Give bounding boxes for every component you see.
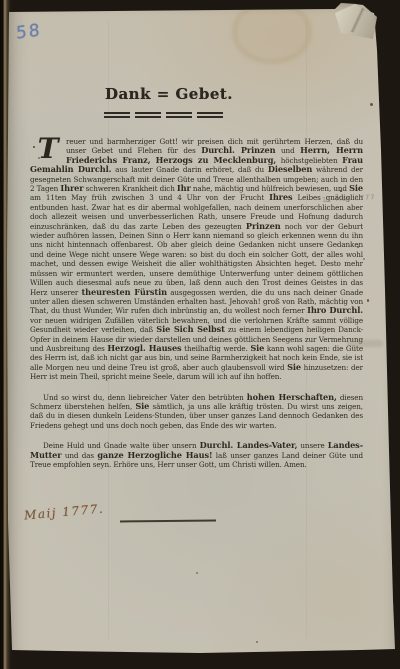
ink-speck: [320, 356, 322, 358]
emphasized-text: Sie: [349, 183, 363, 193]
title-ornamental-rule: [104, 112, 228, 118]
rule-line: [104, 116, 228, 118]
emphasized-text: ganze Herzogliche Haus!: [97, 450, 212, 460]
emphasized-text: Herzogl. Hauses: [107, 343, 181, 353]
page-title: Dank = Gebet.: [100, 85, 238, 103]
ink-speck: [196, 572, 198, 574]
body-paragraph: Treuer und barmherziger Gott! wir preise…: [30, 137, 363, 382]
body-text-segment: am 11ten May früh zwischen 3 und 4 Uhr v…: [30, 193, 269, 202]
rule-line: [104, 112, 228, 114]
body-text-segment: unsere: [297, 441, 327, 450]
ring-stain: [232, 0, 312, 64]
folio-number-annotation: 58: [16, 20, 42, 43]
ink-speck: [367, 299, 369, 302]
body-paragraph: Deine Huld und Gnade walte über unsern D…: [30, 441, 363, 469]
emphasized-text: Sie: [250, 343, 264, 353]
drop-cap-initial: T: [30, 138, 66, 157]
emphasized-text: theuresten Fürstin: [81, 287, 166, 297]
emphasized-text: Ihres: [269, 192, 292, 202]
body-text-segment: theilhaftig werde.: [182, 344, 251, 353]
emphasized-text: Durchl. Landes-Vater,: [200, 440, 298, 450]
emphasized-text: hohen Herschaften,: [247, 392, 337, 402]
ink-speck: [370, 103, 373, 106]
title-block: Dank = Gebet.: [100, 85, 238, 103]
emphasized-text: Prinzen: [246, 221, 281, 231]
ink-speck: [340, 190, 342, 192]
emphasized-text: Dieselben: [268, 164, 312, 174]
emphasized-text: Ihr: [177, 183, 191, 193]
ink-speck: [363, 258, 365, 260]
emphasized-text: Sie Sich Selbst: [156, 324, 225, 334]
body-text-segment: und das: [62, 451, 98, 460]
ink-speck: [38, 157, 40, 159]
ink-speck: [357, 246, 359, 248]
emphasized-text: Ihrer: [60, 183, 83, 193]
ink-speck: [256, 641, 258, 643]
body-paragraph: Und so wirst du, denn liebreicher Vater …: [30, 393, 363, 431]
emphasized-text: Sie: [135, 401, 149, 411]
body-text-segment: noch vor der Geburt wieder aufhören lass…: [30, 222, 363, 297]
pencil-smudge: [347, 340, 383, 347]
body-text-segment: schweren Krankheit dich: [83, 184, 176, 193]
ink-speck: [33, 146, 35, 148]
emphasized-text: Ihro Durchl.: [307, 305, 363, 315]
body-text: Treuer und barmherziger Gott! wir preise…: [30, 137, 363, 531]
body-text-segment: und: [275, 146, 300, 155]
document-page: 58 Dank = Gebet. Treuer und barmherziger…: [0, 0, 400, 669]
body-text-segment: aus lauter Gnade darin erhöret, daß du: [111, 165, 267, 174]
emphasized-text: Sie: [287, 362, 301, 372]
